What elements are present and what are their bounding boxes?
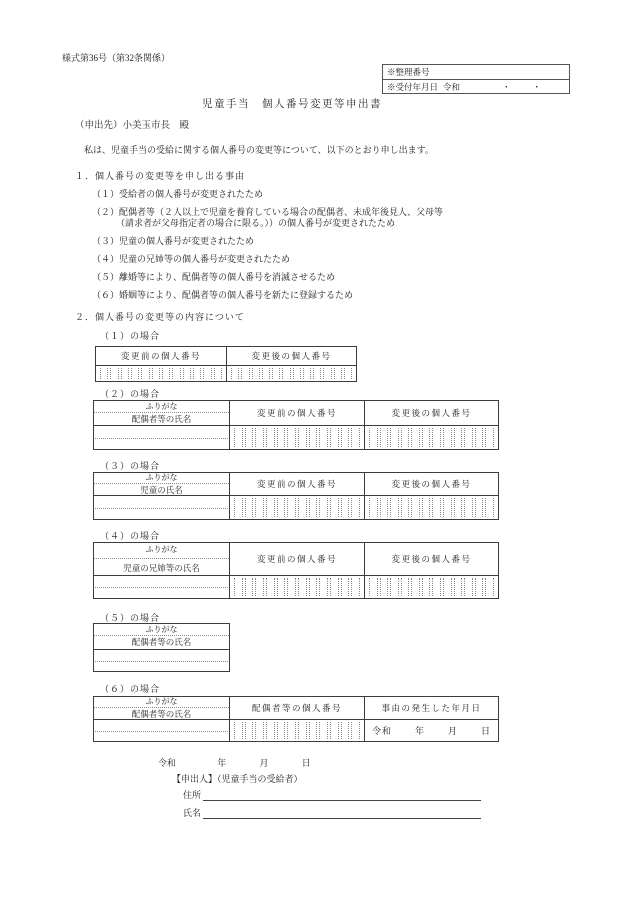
- applicant-label: 【申出人】（児童手当の受給者）: [172, 773, 303, 785]
- digit-box[interactable]: [475, 498, 484, 517]
- case6-table: ふりがな 配偶者等の氏名 配偶者等の個人番号 事由の発生した年月日 令和 年 月…: [93, 696, 499, 742]
- digit-box[interactable]: [298, 498, 307, 517]
- digit-box[interactable]: [162, 368, 170, 379]
- digit-box[interactable]: [334, 368, 342, 379]
- spouse-number-entry[interactable]: [229, 720, 364, 741]
- name-input-line[interactable]: [203, 808, 481, 819]
- digit-box[interactable]: [330, 578, 339, 596]
- digit-box[interactable]: [287, 578, 296, 596]
- furigana-label: ふりがな: [94, 402, 229, 413]
- digit-box[interactable]: [411, 498, 420, 517]
- digit-box[interactable]: [464, 578, 473, 596]
- digit-box[interactable]: [432, 498, 441, 517]
- digit-box[interactable]: [401, 498, 410, 517]
- digit-box[interactable]: [323, 368, 331, 379]
- digit-box[interactable]: [245, 578, 254, 596]
- era-label: 令和: [443, 80, 460, 93]
- digit-box[interactable]: [110, 368, 118, 379]
- digit-box[interactable]: [390, 578, 399, 596]
- reception-date-row[interactable]: ※受付年月日 令和 ・ ・: [383, 79, 569, 93]
- digit-box[interactable]: [432, 578, 441, 596]
- digit-box[interactable]: [277, 578, 286, 596]
- before-number-entry[interactable]: [96, 366, 226, 381]
- col-header-spouse-number: 配偶者等の個人番号: [229, 697, 364, 719]
- digit-box[interactable]: [309, 578, 318, 596]
- digit-box[interactable]: [313, 368, 321, 379]
- digit-box[interactable]: [277, 498, 286, 517]
- digit-box[interactable]: [475, 578, 484, 596]
- furigana-label: ふりがな: [94, 473, 229, 484]
- section1-heading: １．個人番号の変更等を申し出る事由: [75, 170, 595, 182]
- digit-box[interactable]: [152, 368, 160, 379]
- digit-box[interactable]: [380, 578, 389, 596]
- case4-label: （４）の場合: [100, 530, 160, 542]
- reason-item-2-cont: （請求者が父母指定者の場合に限る。））の個人番号が変更されたため: [116, 218, 595, 229]
- digit-box[interactable]: [282, 368, 290, 379]
- digit-box[interactable]: [262, 368, 270, 379]
- digit-box[interactable]: [234, 722, 243, 739]
- digit-box[interactable]: [287, 498, 296, 517]
- digit-box[interactable]: [369, 498, 378, 517]
- name-entry-field[interactable]: [94, 576, 229, 598]
- digit-box[interactable]: [341, 428, 350, 447]
- digit-box[interactable]: [454, 498, 463, 517]
- digit-box[interactable]: [351, 498, 360, 517]
- month-label: 月: [260, 757, 269, 769]
- digit-box[interactable]: [390, 428, 399, 447]
- digit-box[interactable]: [234, 498, 243, 517]
- digit-box[interactable]: [454, 578, 463, 596]
- address-label: 住所: [183, 789, 201, 801]
- digit-box[interactable]: [266, 578, 275, 596]
- month-label: 月: [448, 725, 458, 737]
- digit-box[interactable]: [245, 722, 254, 739]
- digit-box[interactable]: [255, 498, 264, 517]
- digit-box[interactable]: [272, 368, 280, 379]
- reason-item-6: （６）婚姻等により、配偶者等の個人番号を新たに登録するため: [92, 290, 595, 301]
- case3-label: （３）の場合: [100, 460, 160, 472]
- digit-box[interactable]: [485, 428, 494, 447]
- name-entry-field[interactable]: [94, 496, 229, 519]
- before-number-entry[interactable]: [229, 496, 364, 519]
- digit-box[interactable]: [298, 578, 307, 596]
- digit-box[interactable]: [330, 722, 339, 739]
- digit-box[interactable]: [432, 428, 441, 447]
- digit-box[interactable]: [293, 368, 301, 379]
- col-header-after-number: 変更後の個人番号: [364, 473, 498, 495]
- digit-box[interactable]: [287, 722, 296, 739]
- era-label: 令和: [158, 757, 176, 769]
- digit-box[interactable]: [309, 498, 318, 517]
- reason-item-1: （１）受給者の個人番号が変更されたため: [92, 189, 595, 200]
- furigana-label: ふりがな: [94, 625, 229, 636]
- after-number-entry[interactable]: [364, 426, 498, 449]
- digit-box[interactable]: [266, 498, 275, 517]
- col-header-after-number: 変更後の個人番号: [364, 401, 498, 425]
- digit-box[interactable]: [234, 578, 243, 596]
- col-header-before-number: 変更前の個人番号: [229, 473, 364, 495]
- col-header-name: ふりがな 配偶者等の氏名: [94, 401, 229, 425]
- page-title: 児童手当 個人番号変更等申出書: [0, 99, 630, 111]
- name-label: 配偶者等の氏名: [94, 413, 229, 425]
- digit-box[interactable]: [255, 722, 264, 739]
- col-header-before-number: 変更前の個人番号: [229, 543, 364, 575]
- digit-box[interactable]: [319, 578, 328, 596]
- col-header-after-number: 変更後の個人番号: [364, 543, 498, 575]
- digit-box[interactable]: [319, 498, 328, 517]
- digit-box[interactable]: [422, 428, 431, 447]
- digit-box[interactable]: [203, 368, 211, 379]
- col-header-name: ふりがな 児童の氏名: [94, 473, 229, 495]
- col-header-name: ふりがな 児童の兄姉等の氏名: [94, 543, 229, 575]
- col-header-event-date: 事由の発生した年月日: [364, 697, 498, 719]
- digit-box[interactable]: [411, 578, 420, 596]
- digit-box[interactable]: [245, 428, 254, 447]
- address-input-line[interactable]: [203, 790, 481, 801]
- digit-box[interactable]: [298, 428, 307, 447]
- digit-box[interactable]: [277, 428, 286, 447]
- digit-box[interactable]: [100, 368, 108, 379]
- digit-box[interactable]: [277, 722, 286, 739]
- digit-box[interactable]: [401, 578, 410, 596]
- col-header-after-number: 変更後の個人番号: [226, 347, 356, 365]
- digit-box[interactable]: [231, 368, 239, 379]
- reason-item-3: （３）児童の個人番号が変更されたため: [92, 236, 595, 247]
- after-number-entry[interactable]: [364, 496, 498, 519]
- digit-box[interactable]: [172, 368, 180, 379]
- serial-number-row[interactable]: ※整理番号: [383, 65, 569, 79]
- form-page: 様式第36号（第32条関係） ※整理番号 ※受付年月日 令和 ・ ・ 児童手当 …: [0, 0, 630, 902]
- digit-box[interactable]: [298, 722, 307, 739]
- digit-box[interactable]: [303, 368, 311, 379]
- digit-box[interactable]: [330, 428, 339, 447]
- digit-box[interactable]: [330, 498, 339, 517]
- before-number-entry[interactable]: [229, 576, 364, 598]
- digit-box[interactable]: [341, 722, 350, 739]
- digit-box[interactable]: [380, 498, 389, 517]
- digit-box[interactable]: [241, 368, 249, 379]
- digit-box[interactable]: [411, 428, 420, 447]
- digit-box[interactable]: [319, 722, 328, 739]
- digit-box[interactable]: [266, 722, 275, 739]
- digit-box[interactable]: [485, 498, 494, 517]
- case1-label: （１）の場合: [100, 330, 160, 342]
- section-reasons: １．個人番号の変更等を申し出る事由 （１）受給者の個人番号が変更されたため （２…: [75, 170, 595, 301]
- digit-box[interactable]: [245, 498, 254, 517]
- digit-box[interactable]: [401, 428, 410, 447]
- digit-box[interactable]: [234, 428, 243, 447]
- after-number-entry[interactable]: [226, 366, 356, 381]
- case5-table: ふりがな 配偶者等の氏名: [93, 623, 230, 672]
- name-entry-field[interactable]: [94, 426, 229, 449]
- name-label: 配偶者等の氏名: [94, 708, 229, 720]
- digit-box[interactable]: [464, 498, 473, 517]
- year-label: 年: [415, 725, 425, 737]
- digit-box[interactable]: [341, 578, 350, 596]
- digit-box[interactable]: [454, 428, 463, 447]
- digit-box[interactable]: [443, 498, 452, 517]
- digit-box[interactable]: [390, 498, 399, 517]
- case3-table: ふりがな 児童の氏名 変更前の個人番号 変更後の個人番号: [93, 472, 499, 520]
- era-label: 令和: [372, 725, 392, 737]
- day-label: 日: [302, 757, 311, 769]
- digit-box[interactable]: [369, 428, 378, 447]
- digit-box[interactable]: [464, 428, 473, 447]
- digit-box[interactable]: [183, 368, 191, 379]
- case1-table: 変更前の個人番号 変更後の個人番号: [95, 346, 357, 382]
- digit-box[interactable]: [309, 428, 318, 447]
- col-header-name: ふりがな 配偶者等の氏名: [94, 697, 229, 719]
- serial-number-label: ※整理番号: [387, 65, 430, 79]
- case4-table: ふりがな 児童の兄姉等の氏名 変更前の個人番号 変更後の個人番号: [93, 542, 499, 599]
- year-label: 年: [217, 757, 226, 769]
- case2-label: （２）の場合: [100, 388, 160, 400]
- case6-label: （６）の場合: [100, 683, 160, 695]
- col-header-before-number: 変更前の個人番号: [229, 401, 364, 425]
- digit-box[interactable]: [380, 428, 389, 447]
- address-row: 住所: [183, 789, 481, 801]
- event-date-entry[interactable]: 令和 年 月 日: [364, 720, 498, 741]
- col-header-before-number: 変更前の個人番号: [96, 347, 226, 365]
- digit-box[interactable]: [369, 578, 378, 596]
- section2-heading: ２．個人番号の変更等の内容について: [75, 311, 245, 323]
- digit-box[interactable]: [422, 578, 431, 596]
- furigana-label: ふりがな: [94, 543, 229, 559]
- reception-date-label: ※受付年月日: [387, 80, 438, 93]
- digit-box[interactable]: [344, 368, 352, 379]
- digit-box[interactable]: [193, 368, 201, 379]
- digit-box[interactable]: [121, 368, 129, 379]
- reason-item-5: （５）離婚等により、配偶者等の個人番号を消滅させるため: [92, 272, 595, 283]
- col-header-name: ふりがな 配偶者等の氏名: [94, 624, 229, 649]
- reason-item-2: （２）配偶者等（２人以上で児童を養育している場合の配偶者、未成年後見人、父母等: [92, 207, 595, 218]
- digit-box[interactable]: [287, 428, 296, 447]
- office-use-box: ※整理番号 ※受付年月日 令和 ・ ・: [382, 64, 570, 94]
- digit-box[interactable]: [341, 498, 350, 517]
- digit-box[interactable]: [131, 368, 139, 379]
- name-entry-field[interactable]: [94, 720, 229, 741]
- digit-box[interactable]: [351, 428, 360, 447]
- digit-box[interactable]: [351, 722, 360, 739]
- digit-box[interactable]: [255, 428, 264, 447]
- name-entry-field[interactable]: [94, 650, 229, 671]
- digit-box[interactable]: [266, 428, 275, 447]
- submission-date-line[interactable]: 令和 年 月 日: [158, 757, 311, 769]
- day-label: 日: [481, 725, 491, 737]
- furigana-label: ふりがな: [94, 697, 229, 708]
- digit-box[interactable]: [255, 578, 264, 596]
- digit-box[interactable]: [351, 578, 360, 596]
- digit-box[interactable]: [319, 428, 328, 447]
- name-label: 児童の兄姉等の氏名: [94, 559, 229, 576]
- name-label: 氏名: [183, 807, 201, 819]
- intro-sentence: 私は、児童手当の受給に関する個人番号の変更等について、以下のとおり申し出ます。: [84, 144, 434, 156]
- digit-box[interactable]: [475, 428, 484, 447]
- digit-box[interactable]: [443, 578, 452, 596]
- digit-box[interactable]: [422, 498, 431, 517]
- name-label: 配偶者等の氏名: [94, 636, 229, 648]
- name-label: 児童の氏名: [94, 484, 229, 496]
- date-separator: ・: [533, 80, 542, 93]
- after-number-entry[interactable]: [364, 576, 498, 598]
- name-row: 氏名: [183, 807, 481, 819]
- case2-table: ふりがな 配偶者等の氏名 変更前の個人番号 変更後の個人番号: [93, 400, 499, 450]
- reason-item-4: （４）児童の兄姉等の個人番号が変更されたため: [92, 254, 595, 265]
- digit-box[interactable]: [443, 428, 452, 447]
- digit-box[interactable]: [309, 722, 318, 739]
- before-number-entry[interactable]: [229, 426, 364, 449]
- digit-box[interactable]: [141, 368, 149, 379]
- date-separator: ・: [502, 80, 511, 93]
- digit-box[interactable]: [214, 368, 222, 379]
- form-number: 様式第36号（第32条関係）: [62, 52, 170, 64]
- addressee: （申出先）小美玉市長 殿: [75, 120, 189, 132]
- digit-box[interactable]: [252, 368, 260, 379]
- digit-box[interactable]: [485, 578, 494, 596]
